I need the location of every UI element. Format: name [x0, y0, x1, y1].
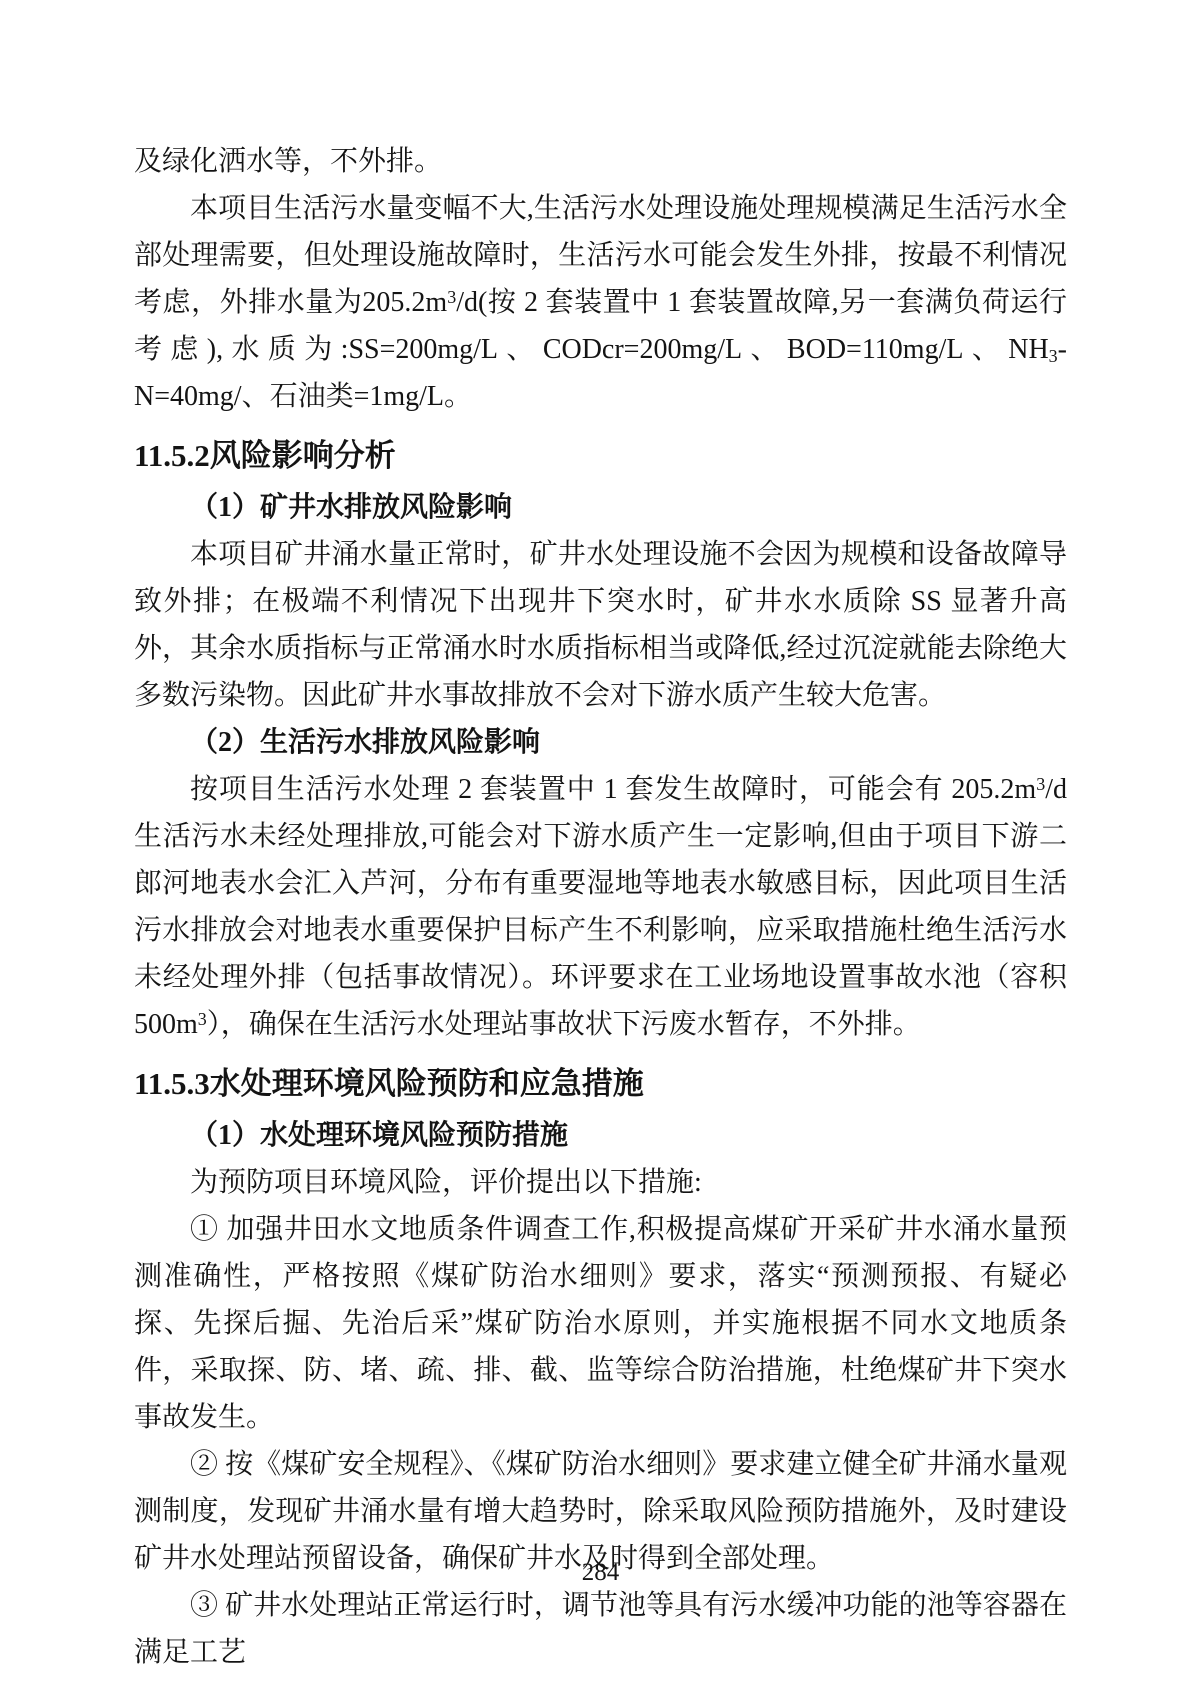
paragraph-continuation: 及绿化洒水等，不外排。: [134, 138, 1067, 185]
paragraph-mine-water-risk: 本项目矿井涌水量正常时，矿井水处理设施不会因为规模和设备故障导致外排；在极端不利…: [134, 531, 1067, 719]
paragraph-domestic-sewage-risk: 按项目生活污水处理 2 套装置中 1 套发生故障时，可能会有 205.2m3/d…: [134, 766, 1067, 1048]
paragraph-measure-1: ① 加强井田水文地质条件调查工作,积极提高煤矿开采矿井水涌水量预测准确性，严格按…: [134, 1206, 1067, 1441]
document-content: 及绿化洒水等，不外排。 本项目生活污水量变幅不大,生活污水处理设施处理规模满足生…: [134, 138, 1067, 1676]
document-page: 及绿化洒水等，不外排。 本项目生活污水量变幅不大,生活污水处理设施处理规模满足生…: [0, 0, 1199, 1696]
paragraph-sewage-volume: 本项目生活污水量变幅不大,生活污水处理设施处理规模满足生活污水全部处理需要，但处…: [134, 185, 1067, 420]
subheading-water-treatment-prevention-measures: （1）水处理环境风险预防措施: [134, 1112, 1067, 1159]
page-number: 284: [134, 1558, 1067, 1588]
paragraph-measure-3: ③ 矿井水处理站正常运行时，调节池等具有污水缓冲功能的池等容器在满足工艺: [134, 1582, 1067, 1676]
paragraph-measures-intro: 为预防项目环境风险，评价提出以下措施:: [134, 1159, 1067, 1206]
subheading-mine-water-discharge-risk: （1）矿井水排放风险影响: [134, 484, 1067, 531]
section-heading-11-5-2: 11.5.2风险影响分析: [134, 430, 1067, 482]
section-heading-11-5-3: 11.5.3水处理环境风险预防和应急措施: [134, 1058, 1067, 1110]
subheading-domestic-sewage-discharge-risk: （2）生活污水排放风险影响: [134, 719, 1067, 766]
